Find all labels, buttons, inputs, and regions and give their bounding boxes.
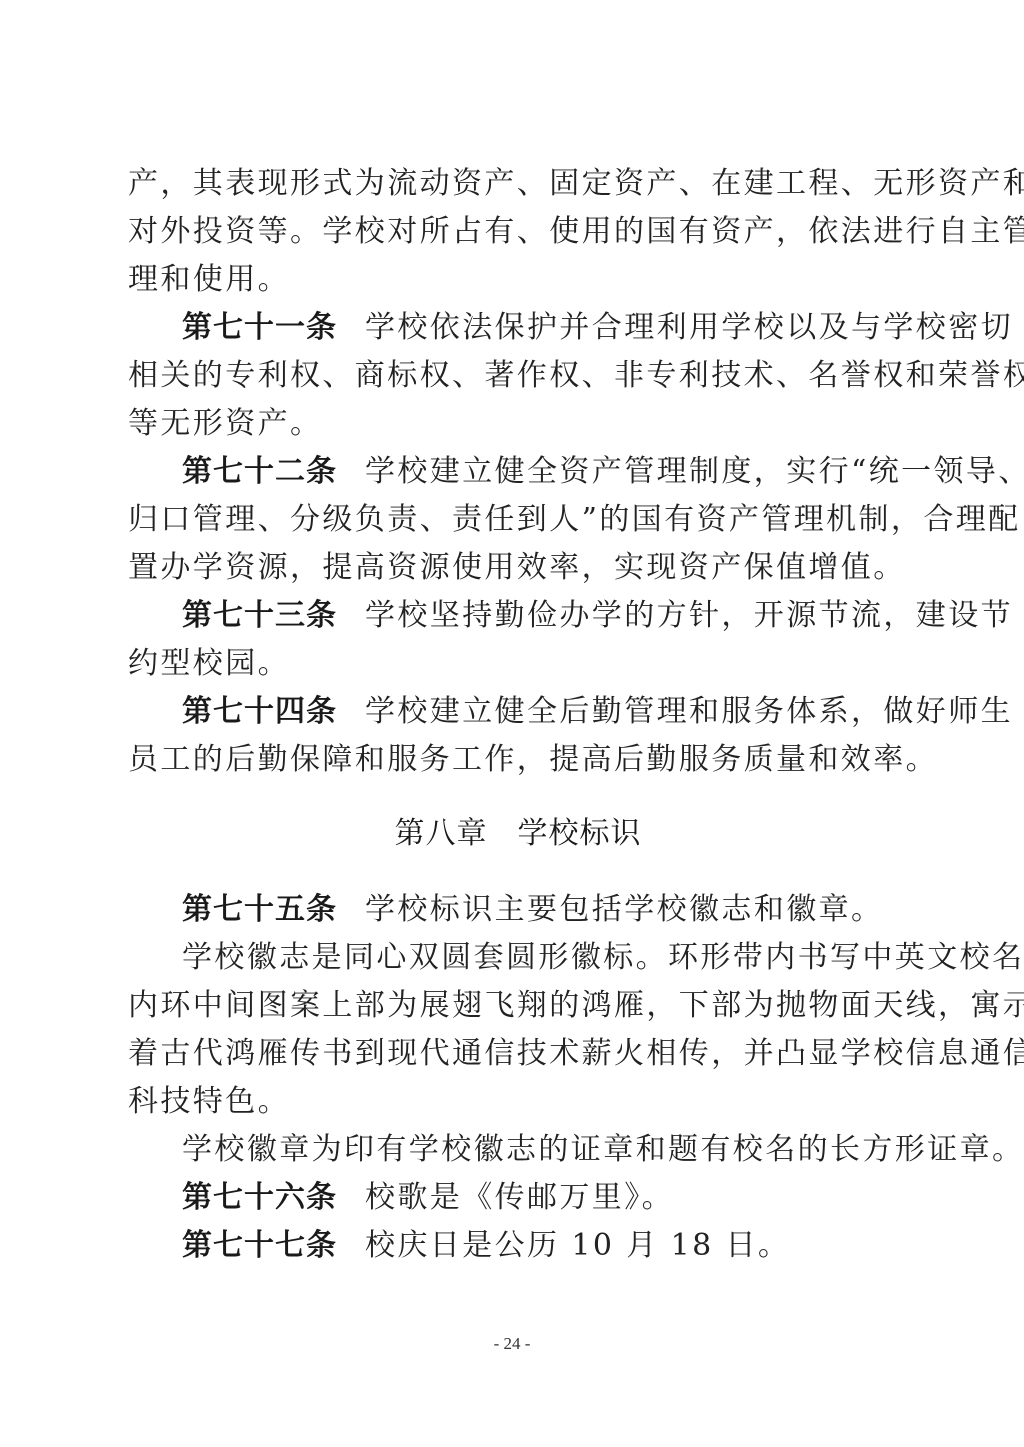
text-line: 学校依法保护并合理利用学校以及与学校密切	[365, 310, 1013, 345]
article-heading: 第七十五条	[182, 892, 337, 927]
text-line: 内环中间图案上部为展翅飞翔的鸿雁，下部为抛物面天线，寓示	[128, 982, 908, 1030]
text-line: 校庆日是公历 10 月 18 日。	[365, 1228, 790, 1263]
text-line: 学校徽章为印有学校徽志的证章和题有校名的长方形证章。	[128, 1126, 908, 1174]
text-line: 科技特色。	[128, 1078, 908, 1126]
text-line: 校歌是《传邮万里》。	[365, 1180, 674, 1215]
chapter-title: 学校标识	[518, 816, 642, 851]
text-line: 产，其表现形式为流动资产、固定资产、在建工程、无形资产和	[128, 160, 908, 208]
article-71: 第七十一条学校依法保护并合理利用学校以及与学校密切 相关的专利权、商标权、著作权…	[128, 304, 908, 448]
article-heading: 第七十三条	[182, 598, 337, 633]
text-line: 等无形资产。	[128, 400, 908, 448]
text-line: 约型校园。	[128, 640, 908, 688]
paragraph-badge: 学校徽章为印有学校徽志的证章和题有校名的长方形证章。	[128, 1126, 908, 1174]
text-line: 员工的后勤保障和服务工作，提高后勤服务质量和效率。	[128, 736, 908, 784]
text-line: 着古代鸿雁传书到现代通信技术薪火相传，并凸显学校信息通信	[128, 1030, 908, 1078]
text-line: 置办学资源，提高资源使用效率，实现资产保值增值。	[128, 544, 908, 592]
article-heading: 第七十七条	[182, 1228, 337, 1263]
paragraph-continuation: 产，其表现形式为流动资产、固定资产、在建工程、无形资产和 对外投资等。学校对所占…	[128, 160, 908, 304]
chapter-number: 第八章	[395, 816, 488, 851]
article-heading: 第七十二条	[182, 454, 337, 489]
article-heading: 第七十一条	[182, 310, 337, 345]
text-line: 相关的专利权、商标权、著作权、非专利技术、名誉权和荣誉权	[128, 352, 908, 400]
text-line: 理和使用。	[128, 256, 908, 304]
text-line: 学校徽志是同心双圆套圆形徽标。环形带内书写中英文校名；	[128, 934, 908, 982]
chapter-heading: 第八章学校标识	[128, 810, 908, 858]
article-heading: 第七十四条	[182, 694, 337, 729]
text-line: 对外投资等。学校对所占有、使用的国有资产，依法进行自主管	[128, 208, 908, 256]
text-line: 学校坚持勤俭办学的方针，开源节流，建设节	[365, 598, 1013, 633]
article-75: 第七十五条学校标识主要包括学校徽志和徽章。	[128, 886, 908, 934]
paragraph-emblem: 学校徽志是同心双圆套圆形徽标。环形带内书写中英文校名； 内环中间图案上部为展翅飞…	[128, 934, 908, 1126]
text-line: 学校建立健全资产管理制度，实行“统一领导、	[365, 454, 1024, 489]
article-74: 第七十四条学校建立健全后勤管理和服务体系，做好师生 员工的后勤保障和服务工作，提…	[128, 688, 908, 784]
article-76: 第七十六条校歌是《传邮万里》。	[128, 1174, 908, 1222]
article-72: 第七十二条学校建立健全资产管理制度，实行“统一领导、 归口管理、分级负责、责任到…	[128, 448, 908, 592]
text-line: 学校建立健全后勤管理和服务体系，做好师生	[365, 694, 1013, 729]
text-line: 学校标识主要包括学校徽志和徽章。	[365, 892, 883, 927]
article-heading: 第七十六条	[182, 1180, 337, 1215]
document-page: 产，其表现形式为流动资产、固定资产、在建工程、无形资产和 对外投资等。学校对所占…	[128, 160, 908, 1270]
text-line: 归口管理、分级负责、责任到人”的国有资产管理机制，合理配	[128, 496, 908, 544]
article-77: 第七十七条校庆日是公历 10 月 18 日。	[128, 1222, 908, 1270]
article-73: 第七十三条学校坚持勤俭办学的方针，开源节流，建设节 约型校园。	[128, 592, 908, 688]
page-number: - 24 -	[0, 1334, 1024, 1354]
